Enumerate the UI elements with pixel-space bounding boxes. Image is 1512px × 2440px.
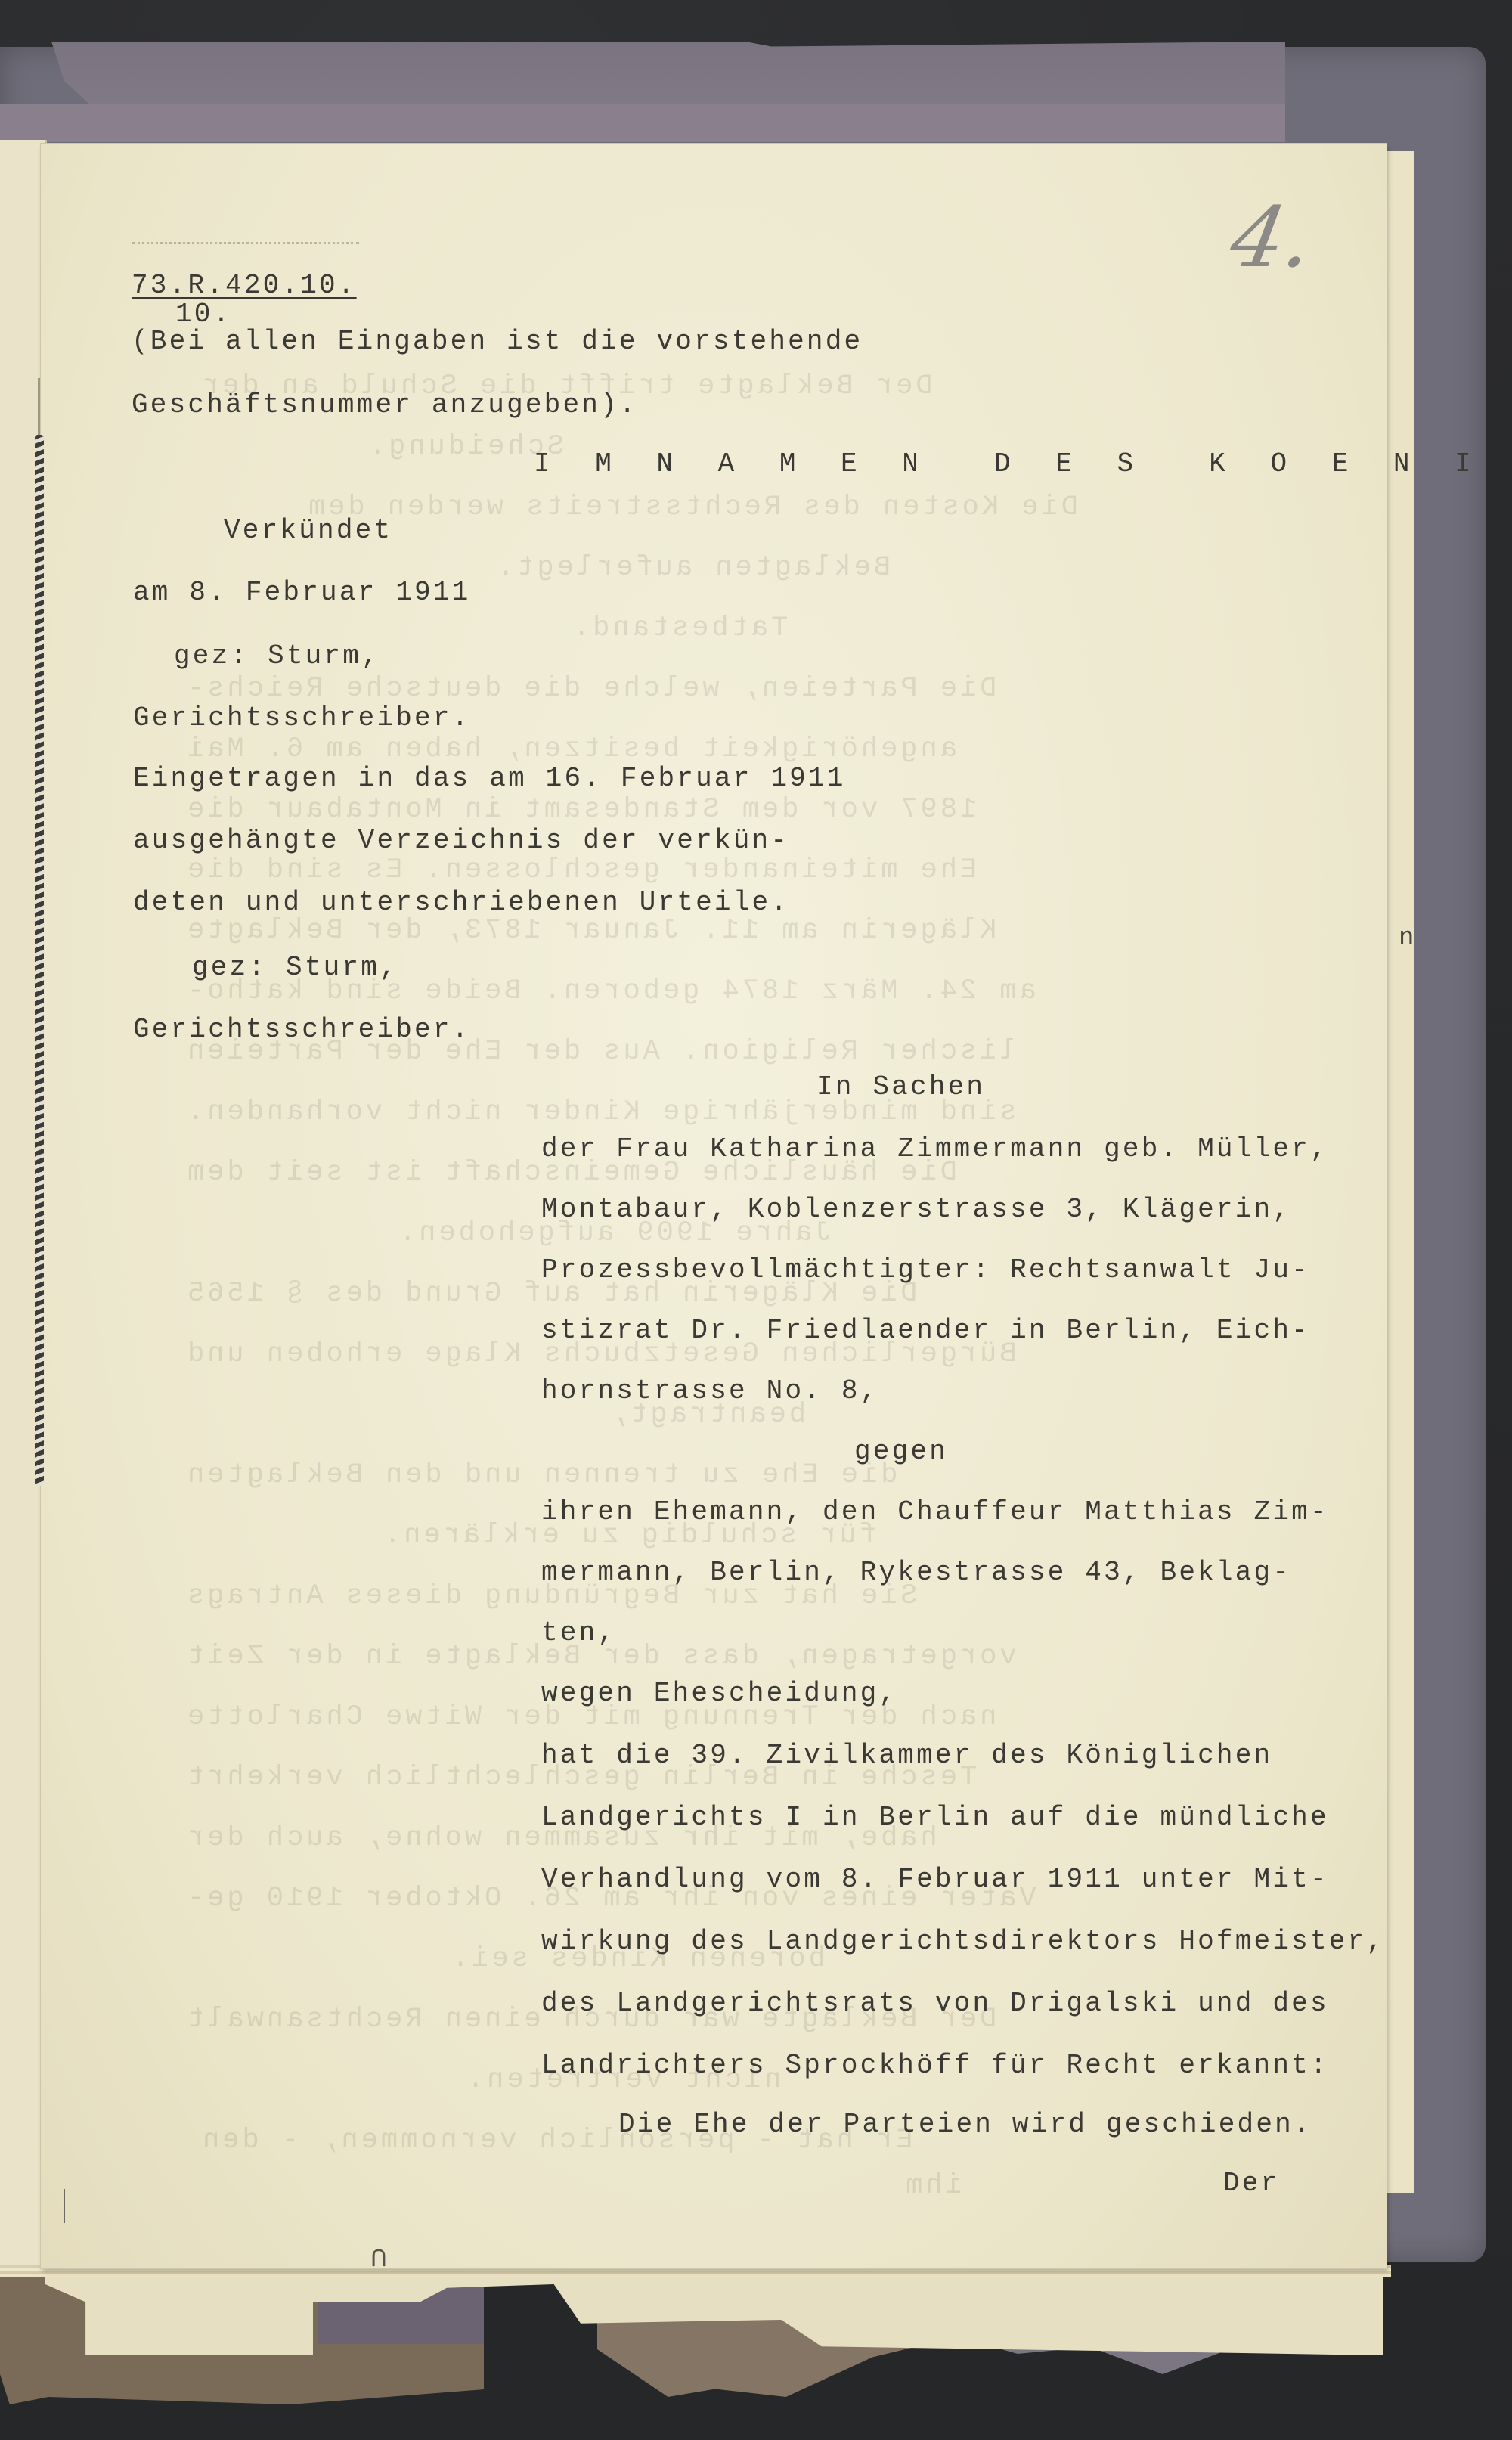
case-subject: wegen Ehescheidung, [541,1680,897,1707]
registry-line-1: Eingetragen in das am 16. Februar 1911 [133,765,846,792]
verdict: Die Ehe der Parteien wird geschieden. [618,2111,1312,2138]
announcement-signature: gez: Sturm, [174,643,380,670]
defendant-line: mermann, Berlin, Rykestrasse 43, Beklag- [541,1559,1291,1586]
court-line: wirkung des Landgerichtsdirektors Hofmei… [541,1928,1385,1955]
announcement-role: Gerichtsschreiber. [133,705,470,732]
pencil-mark: ᑎ [370,2246,387,2272]
plaintiff-line: stizrat Dr. Friedlaender in Berlin, Eich… [541,1317,1310,1344]
plaintiff-line: hornstrasse No. 8, [541,1378,878,1405]
case-number: 73.R.420.10. [132,272,357,299]
registry-line-2: ausgehängte Verzeichnis der verkün- [133,827,789,854]
filing-note-line-1: (Bei allen Eingaben ist die vorstehende [132,328,863,355]
binding-cord [35,435,44,1486]
defendant-line: ten, [541,1620,616,1647]
announcement-date: am 8. Februar 1911 [133,579,470,606]
registry-role: Gerichtsschreiber. [133,1016,470,1043]
registry-signature: gez: Sturm, [192,954,398,981]
court-line: Landrichters Sprockhöff für Recht erkann… [541,2052,1329,2079]
folder-band [0,104,1285,142]
court-line: des Landgerichtsrats von Drigalski und d… [541,1990,1329,2017]
judgment-heading: I M N A M E N D E S K O E N I G S ! [534,451,1512,478]
defendant-line: ihren Ehemann, den Chauffeur Matthias Zi… [541,1499,1329,1526]
plaintiff-line: Montabaur, Koblenzerstrasse 3, Klägerin, [541,1196,1291,1223]
court-line: hat die 39. Zivilkammer des Königlichen [541,1742,1272,1769]
case-intro: In Sachen [816,1074,985,1101]
pencil-mark [64,2189,65,2223]
plaintiff-line: der Frau Katharina Zimmermann geb. Mülle… [541,1136,1329,1163]
plaintiff-line: Prozessbevollmächtigter: Rechtsanwalt Ju… [541,1257,1310,1284]
filing-note-line-2: Geschäftsnummer anzugeben). [132,392,638,419]
registry-line-3: deten und unterschriebenen Urteile. [133,889,789,916]
catchword: Der [1223,2170,1279,2197]
announcement-label: Verkündet [224,517,392,544]
edge-text-fragment: n [1399,924,1414,953]
faint-dotted-mark [132,242,359,249]
court-line: Landgerichts I in Berlin auf die mündlic… [541,1804,1329,1831]
court-line: Verhandlung vom 8. Februar 1911 unter Mi… [541,1866,1329,1893]
case-number-sub: 10. [175,301,231,328]
binding-thread [38,378,40,439]
versus-label: gegen [854,1438,948,1465]
